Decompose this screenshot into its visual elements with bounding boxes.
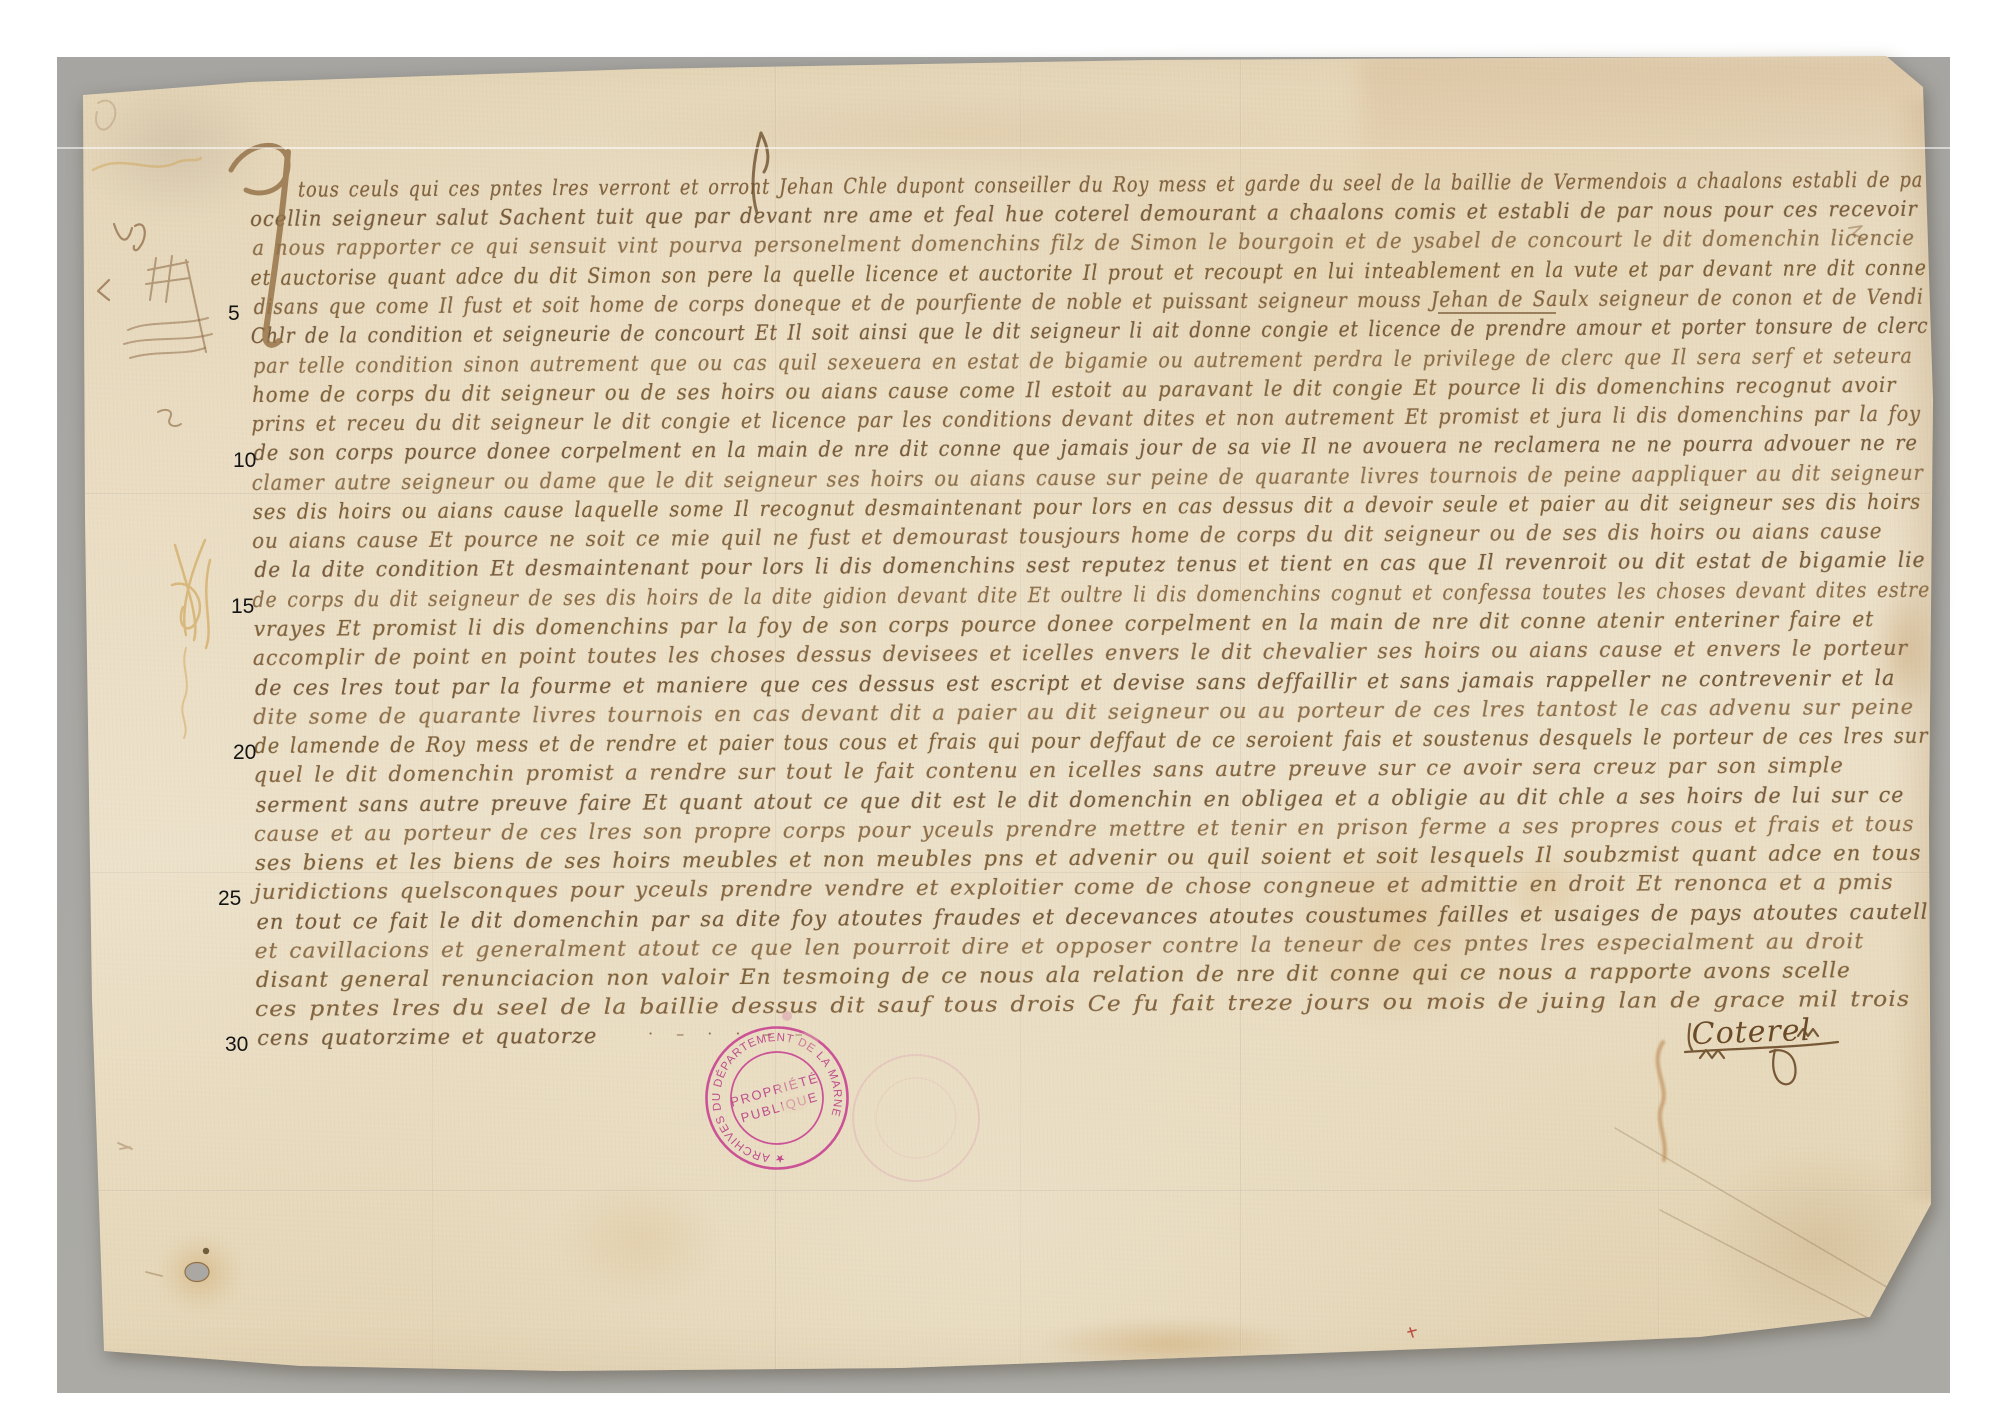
line-number-15: 15	[231, 595, 254, 619]
line-number-20: 20	[233, 741, 256, 765]
line-number-25: 25	[218, 887, 241, 911]
line-number-30: 30	[225, 1033, 248, 1057]
scanned-document-page: tous ceuls qui ces pntes lres verront et…	[0, 0, 2000, 1414]
line-number-10: 10	[233, 449, 256, 473]
scan-artifact-line	[0, 147, 2000, 149]
line-number-5: 5	[228, 302, 240, 326]
line-number-overlay: 51015202530	[0, 0, 2000, 1414]
